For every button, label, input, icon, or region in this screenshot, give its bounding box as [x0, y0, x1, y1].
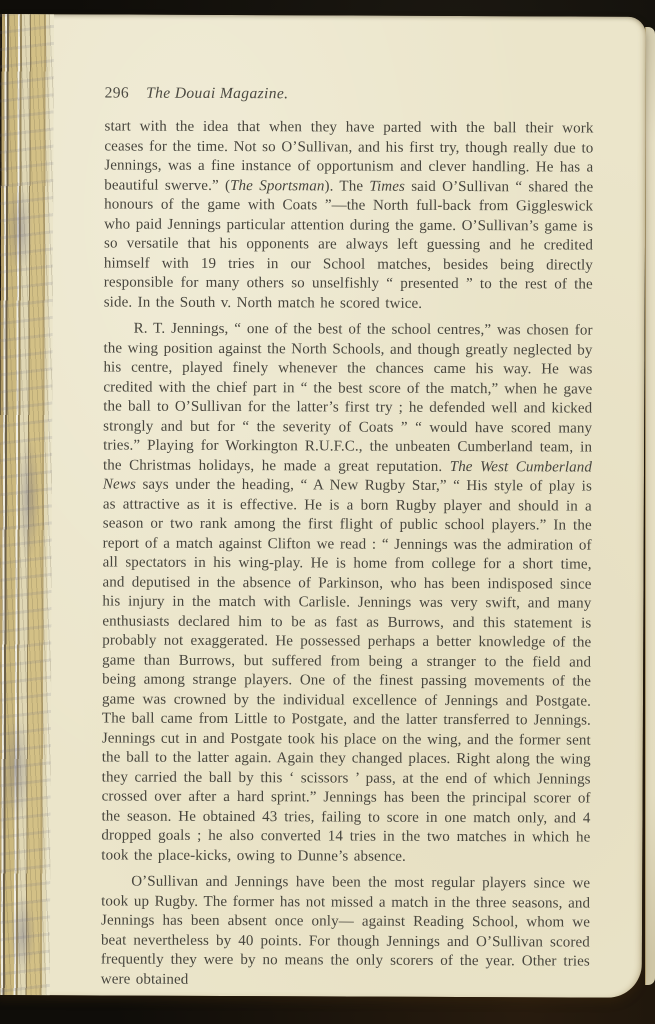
book-page: 296 The Douai Magazine. start with the i…	[0, 14, 646, 998]
paragraph: R. T. Jennings, “ one of the best of the…	[101, 319, 592, 867]
cited-publication: Times	[369, 178, 405, 194]
page-header: 296 The Douai Magazine.	[105, 84, 594, 104]
cited-publication: The Sportsman	[230, 178, 324, 194]
page-number: 296	[105, 84, 130, 102]
binding-stain	[10, 894, 36, 974]
running-title: The Douai Magazine.	[146, 85, 288, 104]
paragraph-text: R. T. Jennings, “ one of the best of the…	[103, 321, 593, 475]
page-gutter-edge	[645, 27, 655, 985]
paragraph: O’Sullivan and Jennings have been the mo…	[101, 872, 591, 991]
scan-background: { "header": { "page_number": "296", "run…	[0, 0, 655, 1024]
paragraph-text: says under the heading, “ A New Rugby St…	[101, 477, 592, 865]
page-text: 296 The Douai Magazine. start with the i…	[101, 84, 594, 991]
paragraph-text: O’Sullivan and Jennings have been the mo…	[101, 874, 590, 988]
paragraph-text: ). The	[324, 178, 369, 194]
binding-stain	[7, 184, 33, 274]
paragraph-text: said O’Sullivan “ shared the honours of …	[104, 178, 594, 311]
binding-stain	[18, 434, 41, 564]
body-text: start with the idea that when they have …	[101, 117, 594, 991]
book-binding-edges	[0, 14, 54, 995]
paragraph: start with the idea that when they have …	[104, 117, 594, 314]
binding-stain	[0, 714, 30, 824]
